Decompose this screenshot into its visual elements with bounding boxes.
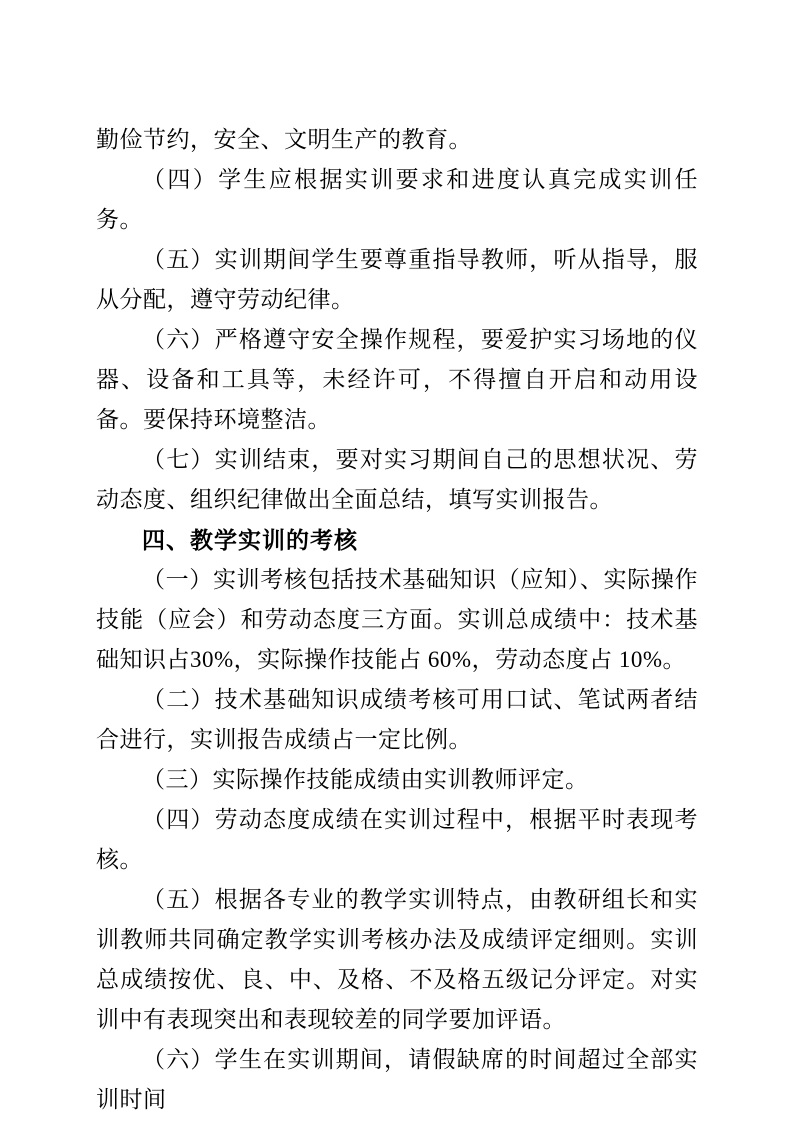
paragraph-assess-6: （六）学生在实训期间，请假缺席的时间超过全部实训时间 bbox=[96, 1040, 698, 1120]
paragraph-assess-5: （五）根据各专业的教学实训特点，由教研组长和实训教师共同确定教学实训考核办法及成… bbox=[96, 880, 698, 1040]
document-body: 勤俭节约，安全、文明生产的教育。 （四）学生应根据实训要求和进度认真完成实训任务… bbox=[96, 120, 698, 1120]
paragraph-item-5: （五）实训期间学生要尊重指导教师，听从指导，服从分配，遵守劳动纪律。 bbox=[96, 240, 698, 320]
paragraph-assess-1: （一）实训考核包括技术基础知识（应知）、实际操作技能（应会）和劳动态度三方面。实… bbox=[96, 560, 698, 680]
paragraph-item-7: （七）实训结束，要对实习期间自己的思想状况、劳动态度、组织纪律做出全面总结，填写… bbox=[96, 440, 698, 520]
section-heading: 四、教学实训的考核 bbox=[96, 520, 698, 560]
paragraph-item-4: （四）学生应根据实训要求和进度认真完成实训任务。 bbox=[96, 160, 698, 240]
paragraph-assess-4: （四）劳动态度成绩在实训过程中，根据平时表现考核。 bbox=[96, 800, 698, 880]
document-page: 勤俭节约，安全、文明生产的教育。 （四）学生应根据实训要求和进度认真完成实训任务… bbox=[0, 0, 793, 1122]
paragraph-assess-3: （三）实际操作技能成绩由实训教师评定。 bbox=[96, 760, 698, 800]
paragraph-item-6: （六）严格遵守安全操作规程，要爱护实习场地的仪器、设备和工具等，未经许可，不得擅… bbox=[96, 320, 698, 440]
paragraph-continuation: 勤俭节约，安全、文明生产的教育。 bbox=[96, 120, 698, 160]
paragraph-assess-2: （二）技术基础知识成绩考核可用口试、笔试两者结合进行，实训报告成绩占一定比例。 bbox=[96, 680, 698, 760]
